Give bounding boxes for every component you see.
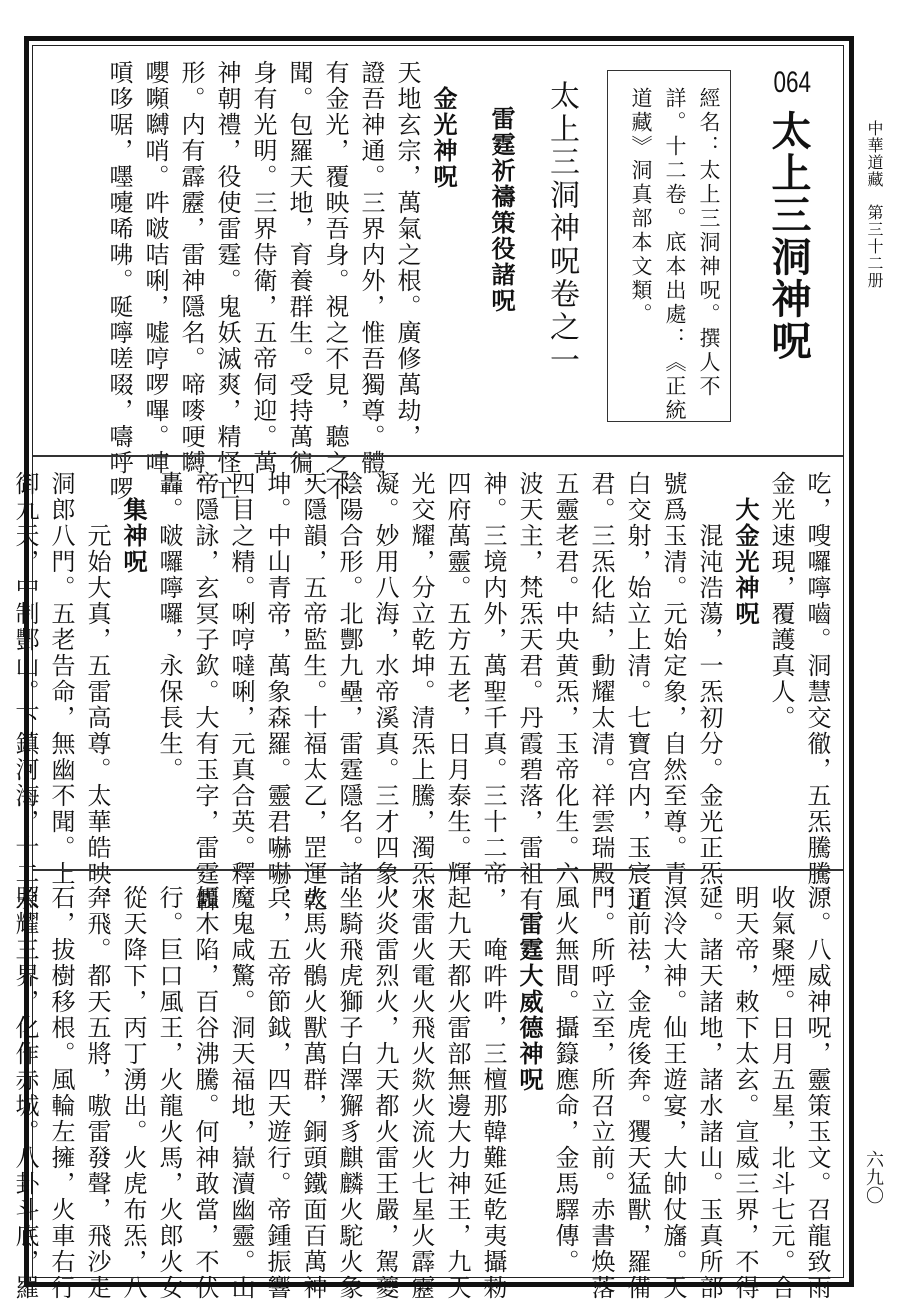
text-column: 帝隱詠，玄冥子欽。大有玉字，雷霆轟 [187, 471, 223, 862]
volume-title: 太上三洞神呪卷之一 [519, 60, 583, 448]
text-column: 奔飛。都天五將，嗷雷發聲，飛沙走 [79, 885, 115, 1269]
text-column: 證吾神通。三界内外，惟吾獨尊。體 [353, 60, 389, 448]
text-column: 天地玄宗，萬氣之根。廣修萬劫， [389, 60, 425, 448]
text-column: 天隱韻，五帝監生。十福太乙，罡運乾 [295, 471, 331, 862]
text-column: 四目之精。唎哼噠唎，元真合英。釋 [223, 471, 259, 862]
chant-heading: 金光神呪 [425, 60, 461, 448]
text-column: 火馬火鶻火獸萬群，銅頭鐵面百萬神 [295, 885, 331, 1269]
text-column: 光交耀，分立乾坤。清炁上騰，濁炁下 [403, 471, 439, 862]
text-column: 火雷火電火飛火欻火流火七星火霹靂 [403, 885, 439, 1269]
chant-heading: 集神呪 [115, 471, 151, 862]
page-number: 六九〇 [860, 1150, 886, 1204]
text-column: 號爲玉清。元始定象，自然至尊。青 [655, 471, 691, 862]
text-column: 洞郎八門。五老告命，無幽不聞。上 [43, 471, 79, 862]
text-column: 轟。啵囉嚀囉，永保長生。 [151, 471, 187, 862]
text-column: 身有光明。三界侍衛，五帝伺迎。萬 [245, 60, 281, 448]
chant-heading: 雷霆大威德神呪 [511, 885, 547, 1269]
text-column: 金光速現，覆護真人。 [763, 471, 799, 862]
text-column: 從天降下，丙丁湧出。火虎布炁，八龍 [115, 885, 151, 1269]
text-column: 明天帝，敕下太玄。宣威三界，不得稽 [727, 885, 763, 1269]
chant-heading: 大金光神呪 [727, 471, 763, 862]
text-column: 照耀三界，化作赤城。八卦斗底，羅布 [7, 885, 43, 1269]
text-column: 風火無間。攝籙應命，金馬驛傳。 [547, 885, 583, 1269]
text-column: 元始大真，五雷高尊。太華皓映， [79, 471, 115, 862]
info-line: 經名：太上三洞神呪。撰人不 [694, 87, 724, 399]
text-column: 坤。中山青帝，萬象森羅。靈君嚇嚇， [259, 471, 295, 862]
text-column: 五靈老君。中央黄炁，玉帝化生。六 [547, 471, 583, 862]
text-column: 白交射，始立上清。七寶宫内，玉宸道 [619, 471, 655, 862]
bibliographic-info-box: 經名：太上三洞神呪。撰人不 詳。十二卷。底本出處：《正統 道藏》洞真部本文類。 [607, 70, 731, 422]
text-column: 嗊哆啹，嚜嚏唏咈。唌嚀嗟啜，嚋呼啰 [101, 60, 137, 448]
volume-label: 第三十二册 [865, 204, 884, 289]
text-column: 石，拔樹移根。風輪左擁，火車右行。 [43, 885, 79, 1269]
text-column: 唵吽吽，三檀那韓難延乾夷攝勑， [475, 885, 511, 1269]
text-column: 傾木陷，百谷沸騰。何神敢當，不伏順 [187, 885, 223, 1269]
register-middle: 吃，嗖囉嚀嚙。洞慧交徹，五炁騰騰。 金光速現，覆護真人。 大金光神呪 混沌浩蕩，… [33, 457, 843, 870]
section-title: 雷霆祈禱策役諸呪 [461, 60, 519, 448]
register-top: 064 太上三洞神呪 經名：太上三洞神呪。撰人不 詳。十二卷。底本出處：《正統 … [33, 46, 843, 456]
text-column: 吃，嗖囉嚀嚙。洞慧交徹，五炁騰騰。 [799, 471, 835, 862]
text-column: 神朝禮，役使雷霆。鬼妖滅爽，精怪亡 [209, 60, 245, 448]
text-column: 延。諸天諸地，諸水諸山。玉真所部， [691, 885, 727, 1269]
text-title-block: 064 太上三洞神呪 [751, 52, 831, 442]
text-column: 魔鬼咸驚。洞天福地，嶽瀆幽靈。山 [223, 885, 259, 1269]
text-column: 門。所呼立至，所召立前。赤書焕落， [583, 885, 619, 1269]
text-column: 聞。包羅天地，育養群生。受持萬徧， [281, 60, 317, 448]
text-column: 混沌浩蕩，一炁初分。金光正炁， [691, 471, 727, 862]
text-title: 太上三洞神呪 [760, 110, 817, 362]
running-header: 中華道藏第三十二册 [863, 120, 886, 289]
text-column: 有金光，覆映吾身。視之不見，聽之不 [317, 60, 353, 448]
text-column: 陰陽合形。北酆九壘，雷霆隱名。諸 [331, 471, 367, 862]
text-number: 064 [773, 66, 811, 100]
register-bottom-columns: 源。八威神呪，靈策玉文。召龍致雨， 收氣聚煙。日月五星，北斗七元。合 明天帝，敕… [41, 885, 835, 1269]
text-column: 君。三炁化結，動耀太清。祥雲瑞殿， [583, 471, 619, 862]
register-middle-columns: 吃，嗖囉嚀嚙。洞慧交徹，五炁騰騰。 金光速現，覆護真人。 大金光神呪 混沌浩蕩，… [41, 471, 835, 862]
text-column: 嚶嚬嚩哨。吽啵咭唎，嘘哼啰嗶。唓 [137, 60, 173, 448]
text-column: 丁前祛，金虎後奔。玃天猛獸，羅備四 [619, 885, 655, 1269]
text-column: 行。巨口風王，火龍火馬，火郎火女， [151, 885, 187, 1269]
text-column: 神。三境内外，萬聖千真。三十二帝， [475, 471, 511, 862]
register-bottom: 源。八威神呪，靈策玉文。召龍致雨， 收氣聚煙。日月五星，北斗七元。合 明天帝，敕… [33, 871, 843, 1277]
text-column: 火炎雷烈火，九天都火雷王嚴，駕夔龍 [367, 885, 403, 1269]
collection-name: 中華道藏 [865, 120, 884, 188]
text-column: 兵，五帝節鉞，四天遊行。帝鍾振響， [259, 885, 295, 1269]
register-top-columns: 太上三洞神呪卷之一 雷霆祈禱策役諸呪 金光神呪 天地玄宗，萬氣之根。廣修萬劫， … [41, 60, 583, 448]
text-column: 御九天，中制酆山。下鎮河海，十二永 [7, 471, 43, 862]
text-column: 凝。妙用八海，水帝溪真。三才四象， [367, 471, 403, 862]
text-column: 源。八威神呪，靈策玉文。召龍致雨， [799, 885, 835, 1269]
text-column: 溟泠大神。仙王遊宴，大帥仗旛。天 [655, 885, 691, 1269]
text-column: 四府萬靈。五方五老，日月泰生。輝 [439, 471, 475, 862]
info-line: 詳。十二卷。底本出處：《正統 [660, 87, 690, 423]
text-column: 收氣聚煙。日月五星，北斗七元。合 [763, 885, 799, 1269]
text-column: 波天主，梵炁天君。丹霞碧落，雷祖有 [511, 471, 547, 862]
text-column: 起九天都火雷部無邊大力神王，九天 [439, 885, 475, 1269]
text-column: 形。内有霹靂，雷神隱名。啼嘜哽嚩， [173, 60, 209, 448]
info-line: 道藏》洞真部本文類。 [626, 87, 656, 327]
text-column: 坐騎飛虎獅子白澤獬豸麒麟火駝火象 [331, 885, 367, 1269]
